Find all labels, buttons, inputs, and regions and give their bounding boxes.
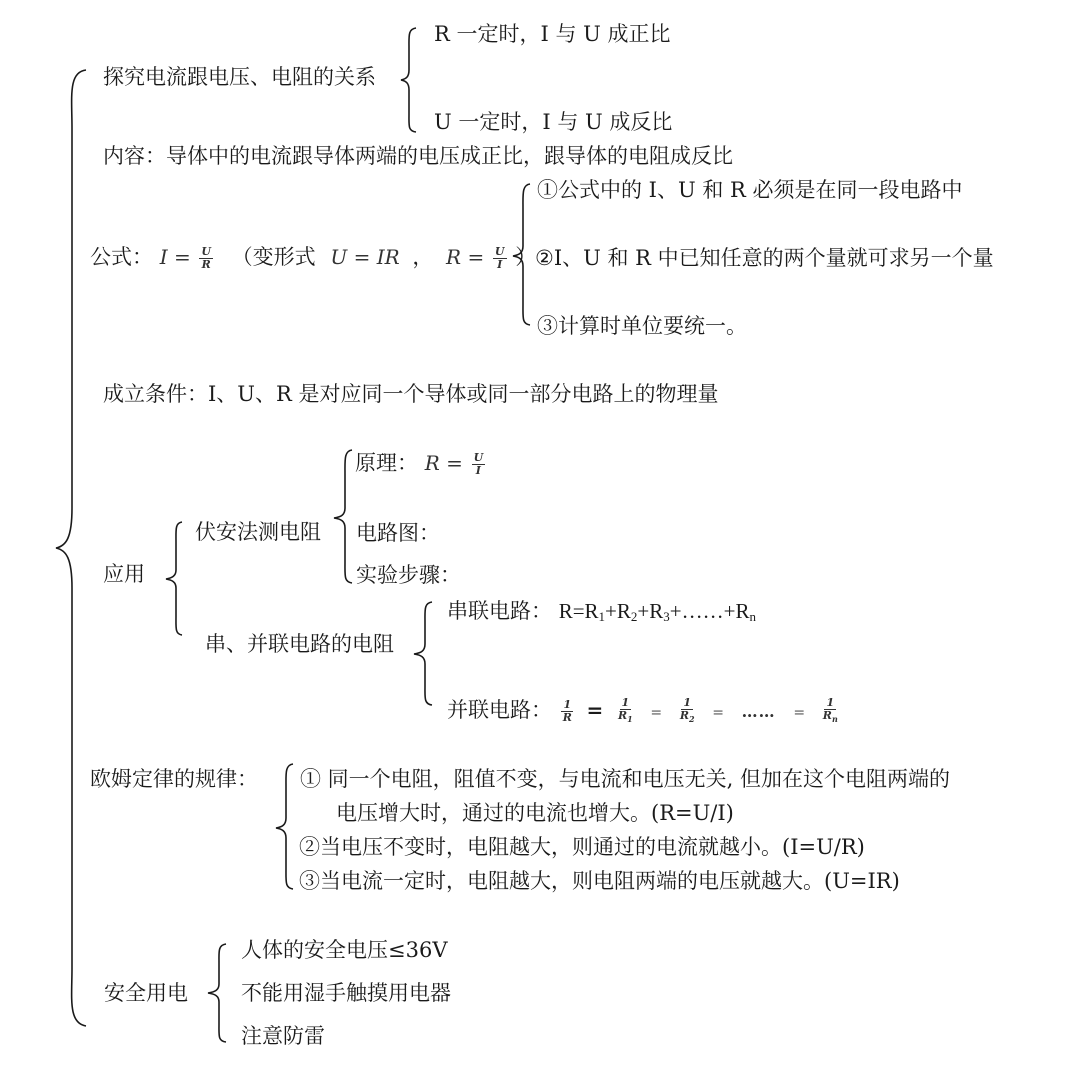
- rules-item-1a: ① 同一个电阻，阻值不变，与电流和电压无关, 但加在这个电阻两端的: [300, 766, 950, 792]
- circuit-label: 电路图：: [356, 520, 440, 546]
- formula-main-fraction: U R: [199, 246, 213, 271]
- principle-label: 原理：: [355, 451, 418, 475]
- series-parallel-label: 串、并联电路的电阻: [205, 631, 394, 657]
- parallel-term-n: 1 Rn: [821, 697, 840, 725]
- rules-item-2: ②当电压不变时，电阻越大，则通过的电流就越小。(I=U/R): [299, 834, 865, 860]
- parallel-eq-3: =: [712, 705, 724, 721]
- application-label: 应用: [103, 561, 145, 587]
- parallel-term-1-den: R: [561, 712, 574, 724]
- formula-child-2: ②I、U 和 R 中已知任意的两个量就可求另一个量: [535, 245, 994, 271]
- explore-child-2: U 一定时，I 与 U 成反比: [434, 109, 672, 135]
- rules-brace: [273, 762, 297, 892]
- formula-variant-2-den: I: [495, 259, 504, 271]
- safety-child-2: 不能用湿手触摸用电器: [241, 980, 451, 1006]
- series-parallel-brace: [410, 600, 436, 708]
- rules-item-3: ③当电流一定时，电阻越大，则电阻两端的电压就越大。(U=IR): [299, 868, 900, 894]
- parallel-eq-4: =: [793, 705, 805, 721]
- parallel-term-1: 1 R: [561, 699, 574, 724]
- series-label: 串联电路：: [447, 599, 552, 623]
- explore-label: 探究电流跟电压、电阻的关系: [103, 64, 376, 90]
- formula-prefix: 公式：: [90, 245, 153, 269]
- voltammetry-brace: [330, 448, 356, 586]
- principle-lhs: R =: [425, 451, 463, 475]
- series-formula: R=R1+R2+R3+……+Rn: [559, 599, 756, 623]
- formula-main-den: R: [200, 259, 213, 271]
- main-brace: [50, 68, 90, 1028]
- formula-child-3: ③计算时单位要统一。: [537, 313, 747, 339]
- formula-variant-2-lhs: R =: [446, 245, 484, 269]
- formula-comma: ，: [412, 245, 433, 269]
- safety-label: 安全用电: [104, 980, 188, 1006]
- condition-label: 成立条件：I、U、R 是对应同一个导体或同一部分电路上的物理量: [103, 381, 718, 407]
- application-brace: [162, 520, 188, 638]
- parallel-term-3-den: R2: [678, 710, 697, 725]
- safety-brace: [204, 942, 230, 1044]
- parallel-label: 并联电路：: [447, 698, 552, 722]
- parallel-term-3: 1 R2: [678, 697, 697, 725]
- safety-child-3: 注意防雷: [241, 1023, 325, 1049]
- parallel-term-n-den: Rn: [821, 710, 840, 725]
- formula-brace: [508, 182, 534, 328]
- content-label: 内容：导体中的电流跟导体两端的电压成正比，跟导体的电阻成反比: [103, 143, 733, 169]
- principle-row: 原理： R = U I: [355, 450, 487, 477]
- series-row: 串联电路： R=R1+R2+R3+……+Rn: [447, 598, 756, 630]
- formula-variant-1: U = IR: [330, 245, 399, 269]
- parallel-eq-main: =: [587, 698, 604, 722]
- steps-label: 实验步骤：: [356, 562, 461, 588]
- parallel-eq-2: =: [650, 705, 662, 721]
- safety-child-1: 人体的安全电压≤36V: [241, 937, 447, 963]
- explore-child-1: R 一定时，I 与 U 成正比: [434, 21, 671, 47]
- formula-main-lhs: I =: [160, 245, 191, 269]
- parallel-dots: ……: [742, 702, 776, 721]
- parallel-row: 并联电路： 1 R = 1 R1 = 1 R2 = …… = 1 Rn: [447, 695, 842, 728]
- parallel-term-2-den: R1: [616, 710, 635, 725]
- formula-row: 公式： I = U R （变形式 U = IR ， R = U I ）: [90, 242, 536, 272]
- principle-den: I: [474, 465, 483, 477]
- rules-item-1b: 电压增大时，通过的电流也增大。(R=U/I): [336, 800, 734, 826]
- parallel-term-2: 1 R1: [616, 697, 635, 725]
- explore-brace: [398, 26, 422, 134]
- rules-label: 欧姆定律的规律：: [90, 766, 258, 792]
- principle-fraction: U I: [472, 452, 486, 477]
- formula-child-1: ①公式中的 I、U 和 R 必须是在同一段电路中: [537, 177, 963, 203]
- formula-variant-2-fraction: U I: [493, 246, 507, 271]
- formula-variant-open: （变形式: [232, 245, 316, 269]
- voltammetry-label: 伏安法测电阻: [195, 519, 321, 545]
